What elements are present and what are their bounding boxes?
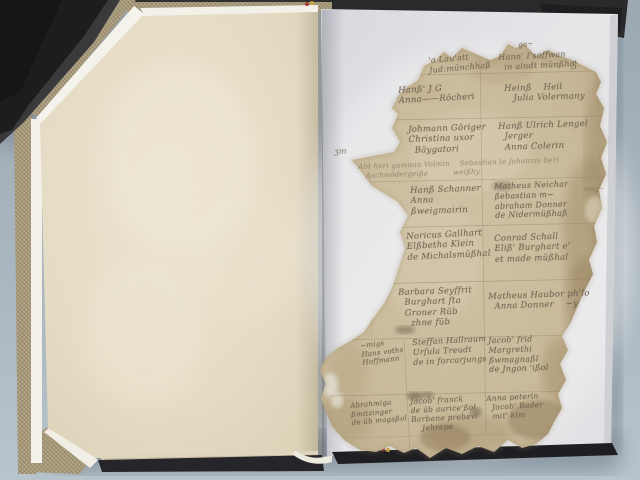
archival-book-photo: 'a Lau'attJud:münchhaßga~Hann' I'soffwan…: [0, 0, 640, 480]
folio-number: 3: [571, 61, 578, 72]
book-photo-graphics: [0, 0, 640, 480]
left-page: [40, 12, 324, 458]
